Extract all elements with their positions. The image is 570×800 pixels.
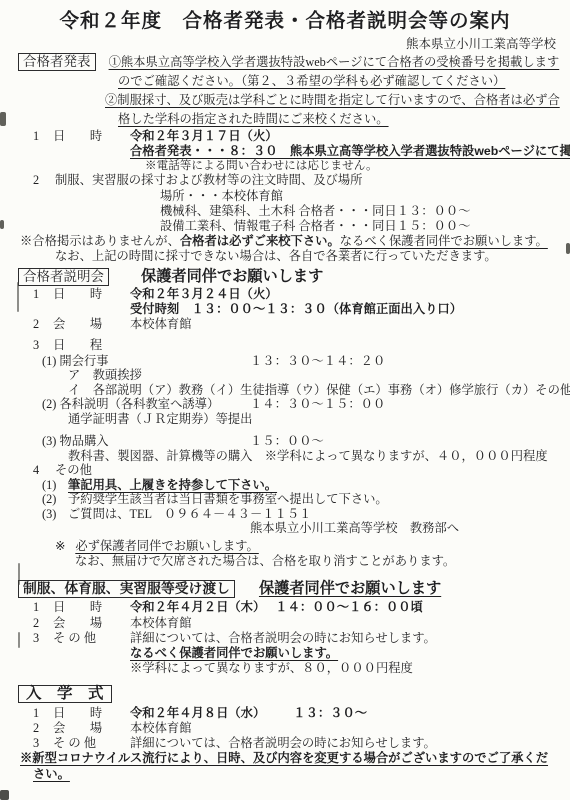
s2-other2-row: (2)予約奨学生該当者は当日書類を事務室へ提出して下さい。 — [0, 492, 570, 507]
s4-item1-date: 令和２年４月８日（水） — [130, 706, 265, 720]
scan-artifact — [0, 112, 6, 126]
s3-section-label: 制服、体育服、実習服等受け渡し — [18, 580, 235, 598]
s2-section-label: 合格者説明会 — [18, 268, 109, 286]
s1-item1-date: 令和２年３月１７日（火） — [130, 129, 278, 143]
s1-note1-pre: ※合格掲示はありませんが、 — [20, 234, 180, 248]
school-name: 熊本県立小川工業高等学校 — [0, 36, 570, 53]
s2-reception: 受付時刻 １３：００～１３：３０（体育館正面出入り口） — [130, 302, 462, 316]
s2-sched3-sub: 教科書、製図器、計算機等の購入 ※学科によって異なりますが、４０，０００円程度 — [68, 449, 548, 463]
s3-item1-label: 日 時 — [53, 600, 130, 616]
s3-item3-label: そ の 他 — [53, 631, 130, 646]
scan-artifact — [18, 632, 20, 648]
s2-sched3-time: １５：００～ — [250, 434, 324, 448]
s3-note2-row: ※学科によって異なりますが、８０，０００円程度 — [0, 661, 570, 676]
s2-note2-row: なお、無届けで欠席された場合は、合格を取り消すことがあります。 — [0, 554, 570, 569]
s4-item2-number: 2 — [33, 721, 53, 736]
s2-item4-number: 4 — [33, 463, 55, 478]
scan-artifact — [566, 145, 570, 154]
s3-item1-time: １４：００～１６：００頃 — [275, 600, 423, 614]
s3-item1-date: 令和２年４月２日（木） — [130, 600, 265, 614]
s4-covid-note-row: ※新型コロナウイルス流行により、日時、及び内容を変更する場合がございますのでご了… — [0, 751, 570, 767]
s1-intro-line1b-row: のでご確認ください。（第２、３希望の学科も必ず確認してください） — [0, 72, 570, 91]
s3-note1-row: なるべく保護者同伴でお願いします。 — [0, 646, 570, 661]
s1-item2-row: 2制服、実習服の採寸および教材等の注文時間、及び場所 — [0, 173, 570, 188]
s2-note1-text: 必ず保護者同伴でお願いします。 — [75, 539, 258, 553]
s2-sched2-row: (2) 各科説明（各科教室へ誘導）１４：３０～１５：００ — [0, 397, 570, 412]
s2-schedB: イ 各部説明（ア）教務（イ）生徒指導（ウ）保健（エ）事務（オ）修学旅行（カ）その… — [68, 383, 570, 397]
s1-note2: なお、上記の時間に採寸できない場合は、各自で各業者に行っていただきます。 — [55, 249, 497, 263]
scan-artifact — [566, 243, 570, 254]
s4-item1-label: 日 時 — [53, 706, 130, 722]
s1-intro-line2a-row: ②制服採寸、及び販売は学科ごとに時間を指定して行いますので、合格者は必ず合 — [0, 91, 570, 110]
s2-other3-row: (3)ご質問は、TEL ０９６４－４３－１１５１ — [0, 507, 570, 522]
s4-item2-row: 2会 場本校体育館 — [0, 721, 570, 736]
s1-time2: 設備工業科、情報電子科 合格者・・・同日１５：００～ — [160, 219, 471, 233]
s2-schedB-row: イ 各部説明（ア）教務（イ）生徒指導（ウ）保健（エ）事務（オ）修学旅行（カ）その… — [0, 383, 570, 398]
s1-item2-number: 2 — [33, 173, 55, 188]
s2-sched2-sub-row: 通学証明書（ＪＲ定期券）等提出 — [0, 412, 570, 427]
s4-heading-row: 入 学 式 — [0, 681, 570, 706]
s4-item1-row: 1日 時令和２年４月８日（水）１３：３０～ — [0, 706, 570, 722]
s2-other1-text: 筆記用具、上履きを持参して下さい。 — [68, 478, 277, 492]
s2-other1-row: (1)筆記用具、上履きを持参して下さい。 — [0, 478, 570, 493]
s2-heading-row: 合格者説明会 保護者同伴でお願いします — [0, 266, 570, 287]
s4-item1-number: 1 — [33, 706, 53, 722]
scan-artifact — [18, 563, 20, 585]
s1-note2-row: なお、上記の時間に採寸できない場合は、各自で各業者に行っていただきます。 — [0, 249, 570, 263]
s1-item1-detail: 合格者発表・・・８：３０ 熊本県立高等学校入学者選抜特設webページにて掲載 — [130, 144, 570, 158]
s3-note2: ※学科によって異なりますが、８０，０００円程度 — [130, 661, 413, 675]
s3-item3-text: 詳細については、合格者説明会の時にお知らせします。 — [130, 631, 436, 645]
s2-other2-number: (2) — [42, 492, 68, 507]
s2-item1-label: 日 時 — [53, 287, 130, 302]
s4-item2-value: 本校体育館 — [130, 721, 192, 735]
s2-item4-row: 4その他 — [0, 463, 570, 478]
s3-item2-label: 会 場 — [53, 616, 130, 631]
s3-item2-number: 2 — [33, 616, 53, 631]
s1-item1-note-row: ※電話等による問い合わせには応じません。 — [0, 159, 570, 173]
s2-other2-text: 予約奨学生該当者は当日書類を事務室へ提出して下さい。 — [68, 492, 388, 506]
s2-item3-number: 3 — [33, 338, 53, 353]
scan-artifact — [0, 790, 9, 800]
s2-sched2-time: １４：３０～１５：００ — [250, 397, 385, 411]
s2-item1-date: 令和２年３月２４日（火） — [130, 287, 278, 301]
s2-item2-row: 2会 場本校体育館 — [0, 317, 570, 332]
s4-item1-time: １３：３０～ — [293, 706, 367, 720]
s3-subtitle: 保護者同伴でお願いします — [259, 580, 441, 597]
scan-artifact — [0, 220, 4, 229]
s1-intro-line1a: ①熊本県立高等学校入学者選抜特設webページにて合格者の受検番号を掲載します — [109, 55, 560, 69]
s4-covid-note-line1: ※新型コロナウイルス流行により、日時、及び内容を変更する場合がございますのでご了… — [20, 751, 548, 765]
s2-item4-label: その他 — [55, 463, 92, 477]
s2-contact-row: 熊本県立小川工業高等学校 教務部へ — [0, 521, 570, 535]
s2-reception-row: 受付時刻 １３：００～１３：３０（体育館正面出入り口） — [0, 302, 570, 317]
s1-item1-row: 1日 時令和２年３月１７日（火） — [0, 129, 570, 144]
s1-time2-row: 設備工業科、情報電子科 合格者・・・同日１５：００～ — [0, 219, 570, 234]
s2-item1-number: 1 — [33, 287, 53, 302]
document-page: 令和２年度 合格者発表・合格者説明会等の案内 熊本県立小川工業高等学校 合格者発… — [0, 0, 570, 800]
s2-note1-mark: ※ — [55, 539, 65, 553]
s2-item2-value: 本校体育館 — [130, 317, 192, 331]
s2-note2: なお、無届けで欠席された場合は、合格を取り消すことがあります。 — [75, 554, 455, 568]
s2-sched1-row: (1) 開会行事１３：３０～１４：２０ — [0, 354, 570, 369]
s1-note1-underlined: なるべく保護者同伴でお願いします。 — [340, 234, 548, 248]
s1-item1-label: 日 時 — [53, 129, 130, 144]
s1-heading-row: 合格者発表 ①熊本県立高等学校入学者選抜特設webページにて合格者の受検番号を掲… — [0, 53, 570, 72]
s1-intro-line2b-row: 格した学科の指定された時間にご来校ください。 — [0, 110, 570, 129]
s2-other3-number: (3) — [42, 507, 68, 522]
s4-section-label: 入 学 式 — [18, 685, 112, 703]
s1-item1-note: ※電話等による問い合わせには応じません。 — [145, 159, 378, 172]
s3-item3-number: 3 — [33, 631, 53, 646]
scan-artifact — [17, 282, 19, 312]
s4-covid-note-row2: さい。 — [0, 767, 570, 782]
s2-item3-row: 3日 程 — [0, 338, 570, 353]
s1-section-label: 合格者発表 — [18, 53, 96, 71]
s1-item1-detail-row: 合格者発表・・・８：３０ 熊本県立高等学校入学者選抜特設webページにて掲載 — [0, 144, 570, 159]
s2-item1-row: 1日 時令和２年３月２４日（火） — [0, 287, 570, 302]
s1-intro-line2b: 格した学科の指定された時間にご来校ください。 — [118, 112, 389, 126]
s2-item2-number: 2 — [33, 317, 53, 332]
s2-contact: 熊本県立小川工業高等学校 教務部へ — [250, 521, 459, 535]
s3-item2-value: 本校体育館 — [130, 616, 192, 630]
s2-other3-text: ご質問は、TEL ０９６４－４３－１１５１ — [68, 507, 311, 521]
s2-sched2-sub: 通学証明書（ＪＲ定期券）等提出 — [68, 412, 252, 426]
s1-note1-emphasis: 合格者は必ずご来校下さい。 — [180, 234, 340, 248]
s2-subtitle: 保護者同伴でお願いします — [141, 268, 323, 285]
s2-other1-number: (1) — [42, 478, 68, 493]
s3-item1-row: 1日 時令和２年４月２日（木）１４：００～１６：００頃 — [0, 600, 570, 616]
s1-intro-line1b: のでご確認ください。（第２、３希望の学科も必ず確認してください） — [118, 74, 505, 88]
s1-place-row: 場所・・・本校体育館 — [0, 189, 570, 204]
s3-item2-row: 2会 場本校体育館 — [0, 616, 570, 631]
s1-note1-row: ※合格掲示はありませんが、合格者は必ずご来校下さい。なるべく保護者同伴でお願いし… — [0, 234, 570, 249]
s2-schedA-row: ア 教頭挨拶 — [0, 368, 570, 383]
s1-item1-number: 1 — [33, 129, 53, 144]
s2-schedA: ア 教頭挨拶 — [68, 368, 142, 382]
s4-covid-note-line2: さい。 — [33, 767, 70, 781]
s1-place: 場所・・・本校体育館 — [160, 189, 283, 203]
s3-heading-row: 制服、体育服、実習服等受け渡し 保護者同伴でお願いします — [0, 577, 570, 600]
s2-item2-label: 会 場 — [53, 317, 130, 332]
page-title: 令和２年度 合格者発表・合格者説明会等の案内 — [0, 6, 570, 36]
s2-sched3-label: (3) 物品購入 — [42, 434, 250, 449]
s3-item3-row: 3そ の 他詳細については、合格者説明会の時にお知らせします。 — [0, 631, 570, 646]
s2-sched2-label: (2) 各科説明（各科教室へ誘導） — [42, 397, 250, 412]
s2-sched1-label: (1) 開会行事 — [42, 354, 250, 369]
s4-item3-text: 詳細については、合格者説明会の時にお知らせします。 — [130, 736, 436, 750]
s2-sched3-sub-row: 教科書、製図器、計算機等の購入 ※学科によって異なりますが、４０，０００円程度 — [0, 449, 570, 464]
s1-intro-line2a: ②制服採寸、及び販売は学科ごとに時間を指定して行いますので、合格者は必ず合 — [105, 93, 560, 107]
s3-note1: なるべく保護者同伴でお願いします。 — [130, 646, 338, 660]
s2-sched1-time: １３：３０～１４：２０ — [250, 354, 385, 368]
s3-item1-number: 1 — [33, 600, 53, 616]
s4-item3-label: そ の 他 — [53, 736, 130, 751]
s1-time1: 機械科、建築科、土木科 合格者・・・同日１３：００～ — [160, 204, 471, 218]
s1-item2-text: 制服、実習服の採寸および教材等の注文時間、及び場所 — [55, 173, 362, 187]
s4-item2-label: 会 場 — [53, 721, 130, 736]
s1-time1-row: 機械科、建築科、土木科 合格者・・・同日１３：００～ — [0, 204, 570, 219]
s4-item3-number: 3 — [33, 736, 53, 751]
s2-sched3-row: (3) 物品購入１５：００～ — [0, 434, 570, 449]
s2-note1-row: ※必ず保護者同伴でお願いします。 — [0, 539, 570, 554]
s2-item3-label: 日 程 — [53, 338, 130, 353]
s4-item3-row: 3そ の 他詳細については、合格者説明会の時にお知らせします。 — [0, 736, 570, 751]
